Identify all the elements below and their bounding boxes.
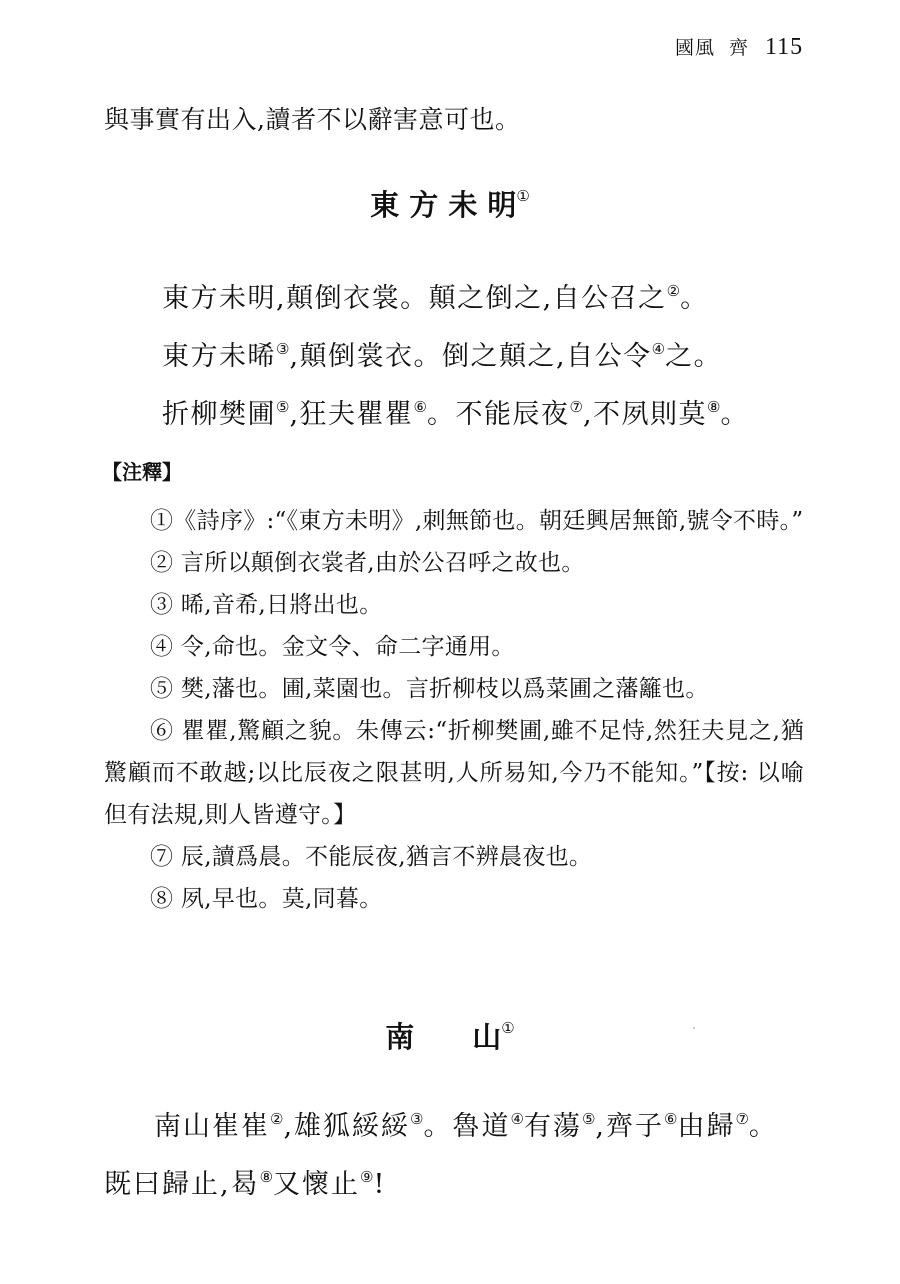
verse-text: 又懷止 bbox=[273, 1169, 360, 1200]
subsection-name: 齊 bbox=[729, 37, 749, 59]
note-marker: ③ bbox=[410, 1110, 423, 1128]
verse-text: 。不能辰夜 bbox=[427, 399, 570, 430]
note-marker: ⑥ bbox=[664, 1110, 677, 1128]
verse-text: ,雄狐綏綏 bbox=[283, 1111, 410, 1142]
verse-text: 。 bbox=[721, 399, 750, 430]
verse-text: 南山崔崔 bbox=[154, 1111, 270, 1142]
note-marker: ④ bbox=[511, 1110, 524, 1128]
verse-text: 東方未明,顛倒衣裳。顛之倒之,自公召之 bbox=[162, 283, 667, 314]
note-item: ⑤ 樊,藩也。圃,菜園也。言折柳枝以爲菜圃之藩籬也。 bbox=[104, 668, 804, 710]
note-marker: ⑥ bbox=[414, 398, 427, 416]
verse-text: ,狂夫瞿瞿 bbox=[289, 399, 413, 430]
verse-text: 由歸 bbox=[677, 1111, 735, 1142]
poem-body-nanshan: 南山崔崔②,雄狐綏綏③。魯道④有蕩⑤,齊子⑥由歸⑦。既曰歸止,曷⑧又懷止⑨! bbox=[104, 1094, 804, 1210]
note-marker: ⑤ bbox=[276, 398, 289, 416]
notes-heading: 【注釋】 bbox=[102, 456, 182, 485]
section-name: 國風 bbox=[675, 37, 715, 59]
verse-text: 之。 bbox=[665, 341, 722, 372]
note-item: ①《詩序》:“《東方未明》,刺無節也。朝廷興居無節,號令不時。” bbox=[104, 500, 804, 542]
note-item: ⑦ 辰,讀爲晨。不能辰夜,猶言不辨晨夜也。 bbox=[104, 836, 804, 878]
note-marker: ⑧ bbox=[707, 398, 720, 416]
verse-text: 。 bbox=[680, 283, 709, 314]
note-item: ③ 晞,音希,日將出也。 bbox=[104, 584, 804, 626]
note-marker: ④ bbox=[652, 340, 665, 358]
verse-text: ,齊子 bbox=[595, 1111, 664, 1142]
note-marker: ⑤ bbox=[582, 1110, 595, 1128]
verse-text: ! bbox=[374, 1169, 387, 1200]
note-marker: ② bbox=[667, 282, 680, 300]
poem-line: 東方未晞③,顛倒裳衣。倒之顛之,自公令④之。 bbox=[162, 324, 749, 382]
notes-list: ①《詩序》:“《東方未明》,刺無節也。朝廷興居無節,號令不時。”② 言所以顛倒衣… bbox=[104, 500, 804, 920]
page-number: 115 bbox=[765, 34, 803, 60]
note-marker: ⑦ bbox=[735, 1110, 748, 1128]
poem-line: 折柳樊圃⑤,狂夫瞿瞿⑥。不能辰夜⑦,不夙則莫⑧。 bbox=[162, 382, 749, 440]
note-item: ⑧ 夙,早也。莫,同暮。 bbox=[104, 878, 804, 920]
verse-text: 。魯道 bbox=[424, 1111, 511, 1142]
note-item: ② 言所以顛倒衣裳者,由於公召呼之故也。 bbox=[104, 542, 804, 584]
verse-text: ,不夙則莫 bbox=[583, 399, 707, 430]
note-marker: ③ bbox=[276, 340, 289, 358]
continuation-paragraph: 與事實有出入,讀者不以辭害意可也。 bbox=[104, 100, 520, 136]
poem-line: 東方未明,顛倒衣裳。顛之倒之,自公召之②。 bbox=[162, 266, 749, 324]
poem-title-text: 南 山 bbox=[385, 1020, 501, 1054]
verse-text: 東方未晞 bbox=[162, 341, 276, 372]
verse-text: 有蕩 bbox=[524, 1111, 582, 1142]
note-marker: ⑨ bbox=[360, 1168, 373, 1186]
running-head: 國風齊115 bbox=[675, 33, 803, 61]
verse-text: ,顛倒裳衣。倒之顛之,自公令 bbox=[289, 341, 651, 372]
note-item: ④ 令,命也。金文令、命二字通用。 bbox=[104, 626, 804, 668]
note-marker: ⑦ bbox=[570, 398, 583, 416]
poem-title-text: 東 方 未 明 bbox=[370, 188, 516, 222]
poem-title-dongfangweiming: 東 方 未 明① bbox=[0, 183, 900, 224]
note-marker: ② bbox=[270, 1110, 283, 1128]
title-note-marker: ① bbox=[516, 187, 529, 205]
note-item: ⑥ 瞿瞿,驚顧之貌。朱傳云:“折柳樊圃,雖不足恃,然狂夫見之,猶驚顧而不敢越;以… bbox=[104, 710, 804, 836]
poem-title-nanshan: 南 山① bbox=[0, 1015, 900, 1056]
title-note-marker: ① bbox=[501, 1019, 514, 1037]
verse-text: 折柳樊圃 bbox=[162, 399, 276, 430]
scan-speck bbox=[693, 1027, 695, 1029]
poem-body-dongfangweiming: 東方未明,顛倒衣裳。顛之倒之,自公召之②。東方未晞③,顛倒裳衣。倒之顛之,自公令… bbox=[162, 266, 749, 440]
note-marker: ⑧ bbox=[260, 1168, 273, 1186]
